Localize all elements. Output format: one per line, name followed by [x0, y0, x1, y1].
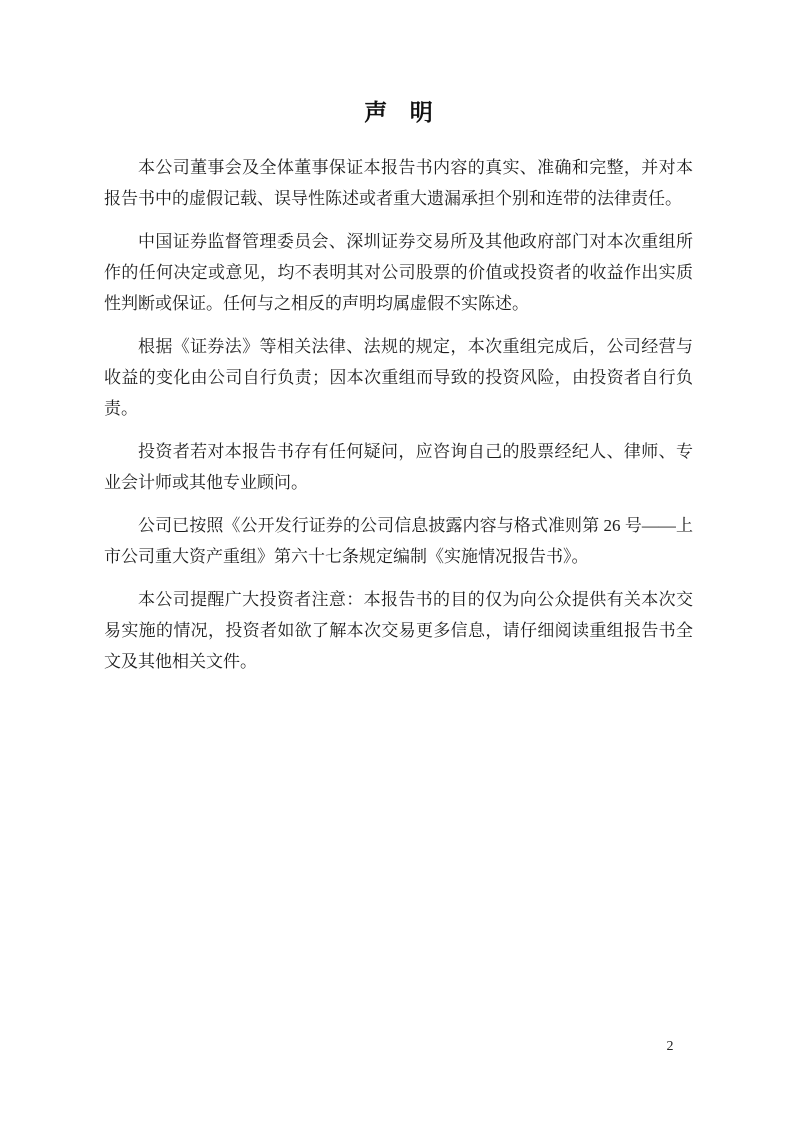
- declaration-paragraph-4: 投资者若对本报告书存有任何疑问，应咨询自己的股票经纪人、律师、专业会计师或其他专…: [104, 436, 693, 498]
- declaration-paragraph-6: 本公司提醒广大投资者注意：本报告书的目的仅为向公众提供有关本次交易实施的情况，投…: [104, 584, 693, 677]
- declaration-paragraph-1: 本公司董事会及全体董事保证本报告书内容的真实、准确和完整，并对本报告书中的虚假记…: [104, 152, 693, 214]
- declaration-paragraph-5: 公司已按照《公开发行证券的公司信息披露内容与格式准则第 26 号——上市公司重大…: [104, 510, 693, 572]
- document-content: 声 明 本公司董事会及全体董事保证本报告书内容的真实、准确和完整，并对本报告书中…: [0, 0, 793, 677]
- declaration-paragraph-2: 中国证券监督管理委员会、深圳证券交易所及其他政府部门对本次重组所作的任何决定或意…: [104, 226, 693, 319]
- declaration-paragraph-3: 根据《证券法》等相关法律、法规的规定，本次重组完成后，公司经营与收益的变化由公司…: [104, 331, 693, 424]
- document-page: 声 明 本公司董事会及全体董事保证本报告书内容的真实、准确和完整，并对本报告书中…: [0, 0, 793, 1122]
- page-title: 声 明: [104, 96, 693, 128]
- page-number: 2: [658, 1038, 682, 1056]
